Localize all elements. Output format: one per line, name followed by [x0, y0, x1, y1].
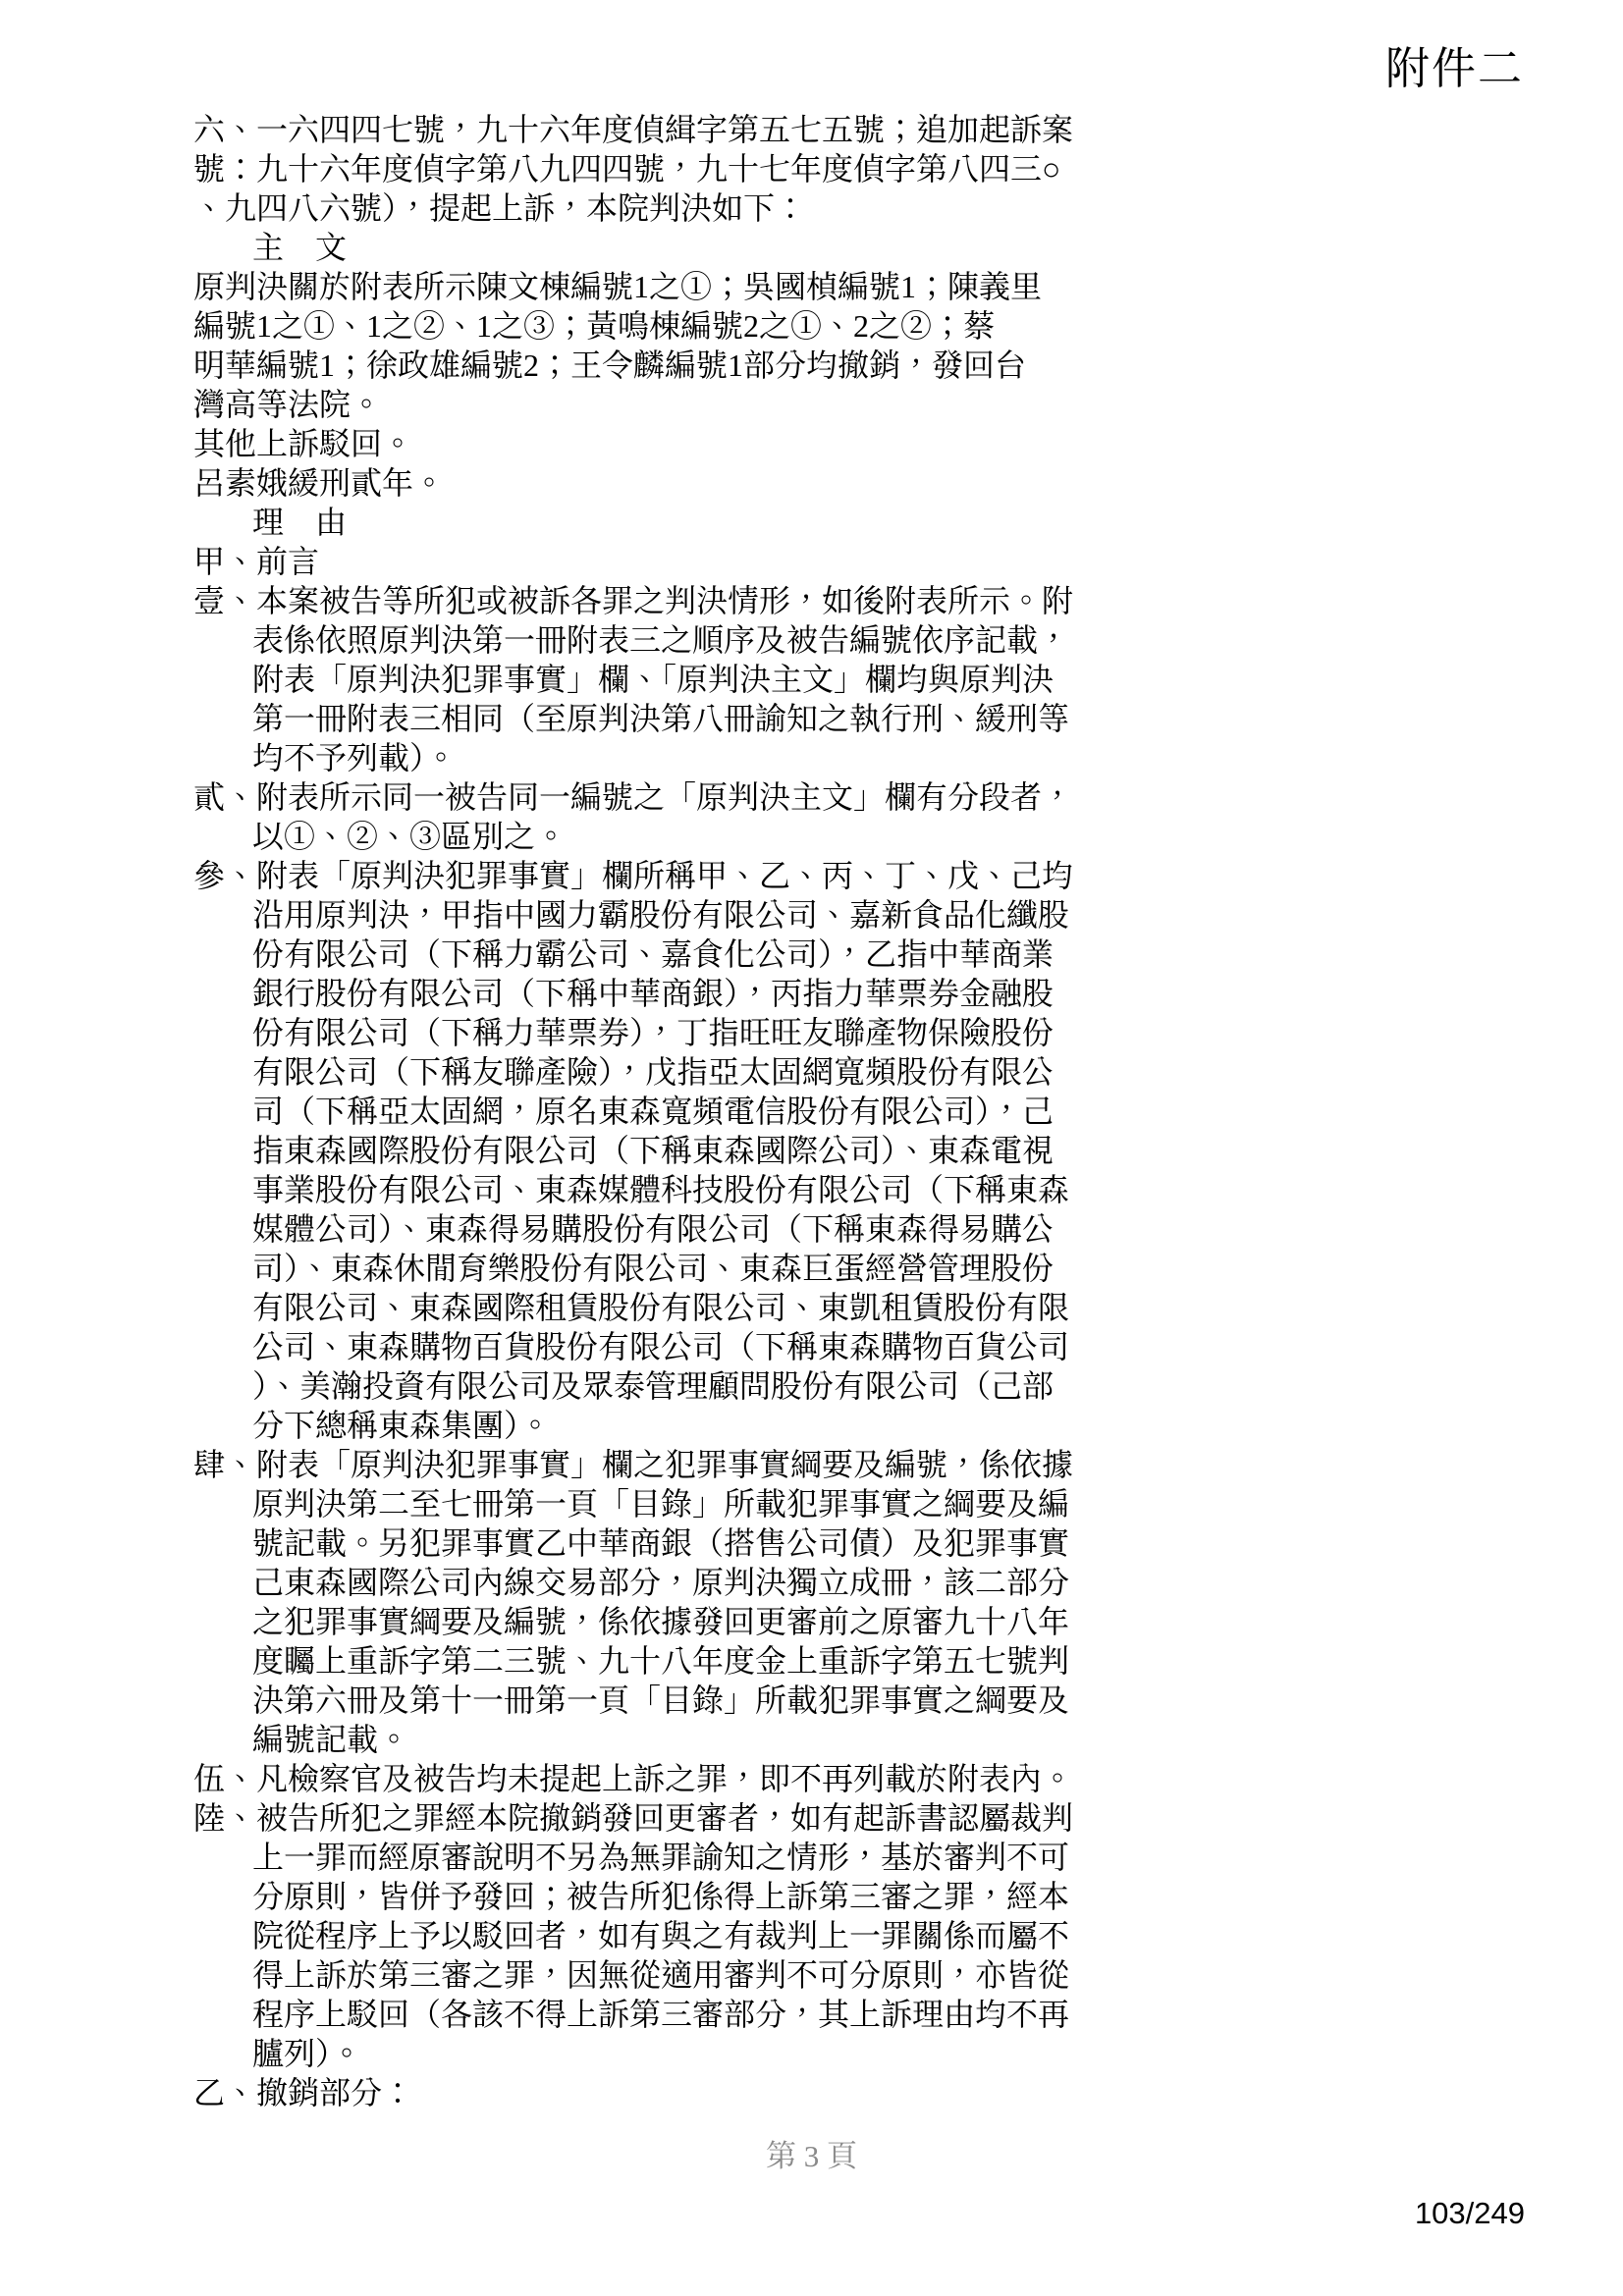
text-line: 事業股份有限公司、東森媒體科技股份有限公司（下稱東森 — [193, 1170, 994, 1209]
text-line: 伍、凡檢察官及被告均未提起上訴之罪，即不再列載於附表內。 — [193, 1759, 994, 1798]
text-line: 附表「原判決犯罪事實」欄、「原判決主文」欄均與原判決 — [193, 660, 994, 699]
text-line: 編號記載。 — [193, 1720, 994, 1759]
text-line: 度矚上重訴字第二三號、九十八年度金上重訴字第五七號判 — [193, 1641, 994, 1681]
text-line: 肆、附表「原判決犯罪事實」欄之犯罪事實綱要及編號，係依據 — [193, 1445, 994, 1484]
attachment-label: 附件二 — [1385, 47, 1524, 91]
text-line: 呂素娥緩刑貳年。 — [193, 463, 994, 503]
text-line: 灣高等法院。 — [193, 385, 994, 424]
text-line: 原判決關於附表所示陳文棟編號1之①；吳國楨編號1；陳義里 — [193, 267, 994, 306]
text-line: 編號1之①、1之②、1之③；黃鳴棟編號2之①、2之②；蔡 — [193, 306, 994, 346]
text-line: 得上訴於第三審之罪，因無從適用審判不可分原則，亦皆從 — [193, 1955, 994, 1995]
text-line: 主 文 — [193, 228, 994, 267]
page-number-indicator: 103/249 — [1415, 2197, 1525, 2230]
text-line: 貳、附表所示同一被告同一編號之「原判決主文」欄有分段者， — [193, 777, 994, 817]
text-line: 理 由 — [193, 503, 994, 542]
text-line: 司）、東森休閒育樂股份有限公司、東森巨蛋經營管理股份 — [193, 1249, 994, 1288]
text-line: 程序上駁回（各該不得上訴第三審部分，其上訴理由均不再 — [193, 1995, 994, 2034]
body-text: 六、一六四四七號，九十六年度偵緝字第五七五號；追加起訴案號：九十六年度偵字第八九… — [193, 110, 994, 2112]
text-line: 甲、前言 — [193, 542, 994, 581]
text-line: 原判決第二至七冊第一頁「目錄」所載犯罪事實之綱要及編 — [193, 1484, 994, 1523]
text-line: ）、美瀚投資有限公司及眾泰管理顧問股份有限公司（己部 — [193, 1366, 994, 1406]
text-line: 表係依照原判決第一冊附表三之順序及被告編號依序記載， — [193, 620, 994, 660]
text-line: 院從程序上予以駁回者，如有與之有裁判上一罪關係而屬不 — [193, 1916, 994, 1955]
document-page: 附件二 六、一六四四七號，九十六年度偵緝字第五七五號；追加起訴案號：九十六年度偵… — [0, 0, 1623, 2296]
page-footer-label: 第 3 頁 — [0, 2140, 1623, 2173]
text-line: 有限公司（下稱友聯產險），戊指亞太固網寬頻股份有限公 — [193, 1052, 994, 1092]
text-line: 分下總稱東森集團）。 — [193, 1406, 994, 1445]
text-line: 分原則，皆併予發回；被告所犯係得上訴第三審之罪，經本 — [193, 1877, 994, 1916]
text-line: 號記載。另犯罪事實乙中華商銀（搭售公司債）及犯罪事實 — [193, 1523, 994, 1563]
text-line: 決第六冊及第十一冊第一頁「目錄」所載犯罪事實之綱要及 — [193, 1681, 994, 1720]
text-line: 陸、被告所犯之罪經本院撤銷發回更審者，如有起訴書認屬裁判 — [193, 1798, 994, 1838]
text-line: 份有限公司（下稱力華票券），丁指旺旺友聯產物保險股份 — [193, 1013, 994, 1052]
text-line: 第一冊附表三相同（至原判決第八冊諭知之執行刑、緩刑等 — [193, 699, 994, 738]
text-line: 均不予列載）。 — [193, 738, 994, 777]
text-line: 號：九十六年度偵字第八九四四號，九十七年度偵字第八四三○ — [193, 149, 994, 188]
text-line: 六、一六四四七號，九十六年度偵緝字第五七五號；追加起訴案 — [193, 110, 994, 149]
text-line: 明華編號1；徐政雄編號2；王令麟編號1部分均撤銷，發回台 — [193, 346, 994, 385]
text-line: 參、附表「原判決犯罪事實」欄所稱甲、乙、丙、丁、戊、己均 — [193, 856, 994, 895]
text-line: 之犯罪事實綱要及編號，係依據發回更審前之原審九十八年 — [193, 1602, 994, 1641]
text-line: 份有限公司（下稱力霸公司、嘉食化公司），乙指中華商業 — [193, 934, 994, 974]
text-line: 指東森國際股份有限公司（下稱東森國際公司）、東森電視 — [193, 1131, 994, 1170]
text-line: 臚列）。 — [193, 2034, 994, 2073]
text-line: 司（下稱亞太固網，原名東森寬頻電信股份有限公司），己 — [193, 1092, 994, 1131]
text-line: 沿用原判決，甲指中國力霸股份有限公司、嘉新食品化纖股 — [193, 895, 994, 934]
text-line: 、九四八六號），提起上訴，本院判決如下： — [193, 188, 994, 228]
text-line: 有限公司、東森國際租賃股份有限公司、東凱租賃股份有限 — [193, 1288, 994, 1327]
text-line: 媒體公司）、東森得易購股份有限公司（下稱東森得易購公 — [193, 1209, 994, 1249]
text-line: 乙、撤銷部分： — [193, 2073, 994, 2112]
text-line: 己東森國際公司內線交易部分，原判決獨立成冊，該二部分 — [193, 1563, 994, 1602]
text-line: 以①、②、③區別之。 — [193, 817, 994, 856]
text-line: 公司、東森購物百貨股份有限公司（下稱東森購物百貨公司 — [193, 1327, 994, 1366]
text-line: 上一罪而經原審說明不另為無罪諭知之情形，基於審判不可 — [193, 1838, 994, 1877]
text-line: 其他上訴駁回。 — [193, 424, 994, 463]
text-line: 壹、本案被告等所犯或被訴各罪之判決情形，如後附表所示。附 — [193, 581, 994, 620]
text-line: 銀行股份有限公司（下稱中華商銀），丙指力華票券金融股 — [193, 974, 994, 1013]
